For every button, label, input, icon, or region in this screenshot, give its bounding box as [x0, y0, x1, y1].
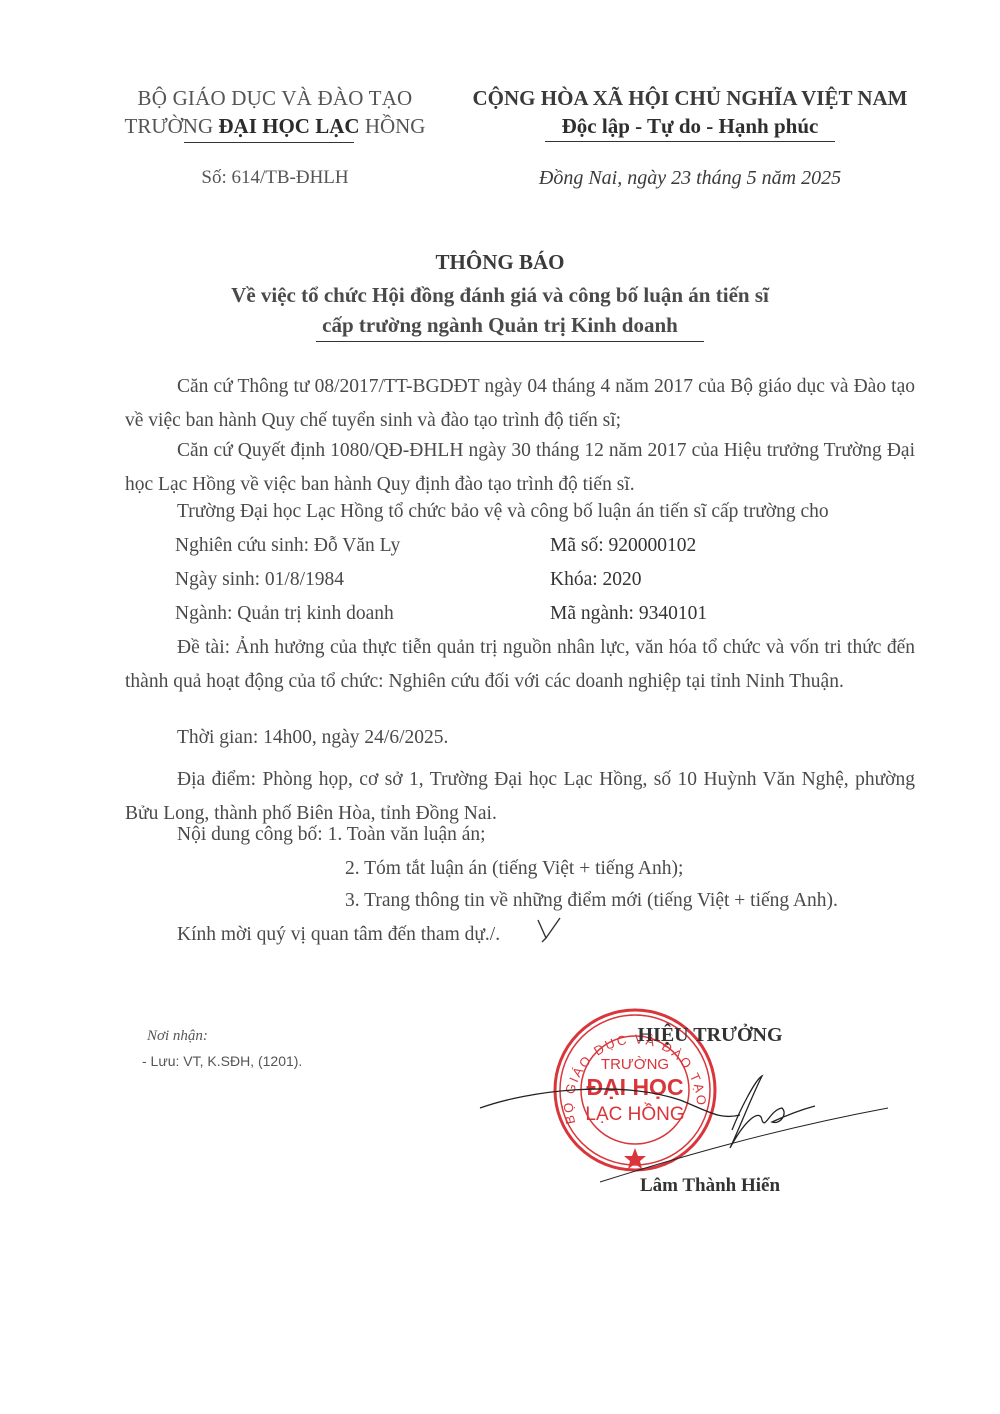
candidate-name: Nghiên cứu sinh: Đỗ Văn Ly	[175, 529, 550, 563]
place-date: Đồng Nai, ngày 23 tháng 5 năm 2025	[440, 167, 940, 190]
document-subtitle: Về việc tổ chức Hội đồng đánh giá và côn…	[100, 280, 900, 340]
motto-underline	[545, 141, 835, 142]
closing-invitation: Kính mời quý vị quan tâm đến tham dự./.	[125, 918, 915, 952]
student-id: Mã số: 920000102	[550, 529, 696, 563]
document-number: Số: 614/TB-ĐHLH	[100, 167, 450, 189]
candidate-row-2: Ngày sinh: 01/8/1984 Khóa: 2020	[175, 563, 915, 597]
legal-basis-2: Căn cứ Quyết định 1080/QĐ-ĐHLH ngày 30 t…	[125, 434, 915, 501]
legal-basis-1: Căn cứ Thông tư 08/2017/TT-BGDĐT ngày 04…	[125, 370, 915, 437]
issuer-block: BỘ GIÁO DỤC VÀ ĐÀO TẠO TRƯỜNG ĐẠI HỌC LẠ…	[100, 84, 450, 143]
candidate-row-1: Nghiên cứu sinh: Đỗ Văn Ly Mã số: 920000…	[175, 529, 915, 563]
country-name: CỘNG HÒA XÃ HỘI CHỦ NGHĨA VIỆT NAM	[440, 84, 940, 112]
recipients-list: - Lưu: VT, K.SĐH, (1201).	[142, 1053, 302, 1069]
major-code: Mã ngành: 9340101	[550, 597, 707, 631]
publication-content-label: Nội dung công bố: 1. Toàn văn luận án;	[125, 818, 915, 852]
defense-time: Thời gian: 14h00, ngày 24/6/2025.	[125, 721, 915, 755]
issuer-underline	[184, 142, 354, 143]
publication-item-2: 2. Tóm tắt luận án (tiếng Việt + tiếng A…	[345, 852, 683, 886]
thesis-topic: Đề tài: Ảnh hưởng của thực tiễn quản trị…	[125, 631, 915, 698]
candidate-row-3: Ngành: Quản trị kinh doanh Mã ngành: 934…	[175, 597, 915, 631]
publication-item-3: 3. Trang thông tin về những điểm mới (ti…	[345, 884, 838, 918]
signer-title: HIỆU TRƯỞNG	[610, 1024, 810, 1047]
signature-icon	[470, 1070, 890, 1190]
major: Ngành: Quản trị kinh doanh	[175, 597, 550, 631]
cohort: Khóa: 2020	[550, 563, 642, 597]
document-title: THÔNG BÁO	[100, 246, 900, 278]
ministry-name: BỘ GIÁO DỤC VÀ ĐÀO TẠO	[100, 84, 450, 112]
national-motto: Độc lập - Tự do - Hạnh phúc	[440, 112, 940, 140]
initial-mark-icon	[534, 916, 564, 944]
title-underline	[316, 341, 704, 342]
intro-paragraph: Trường Đại học Lạc Hồng tổ chức bảo vệ v…	[125, 495, 915, 529]
recipients-label: Nơi nhận:	[147, 1028, 208, 1045]
signer-name: Lâm Thành Hiển	[610, 1175, 810, 1197]
date-of-birth: Ngày sinh: 01/8/1984	[175, 563, 550, 597]
national-header: CỘNG HÒA XÃ HỘI CHỦ NGHĨA VIỆT NAM Độc l…	[440, 84, 940, 142]
school-name: TRƯỜNG ĐẠI HỌC LẠC HỒNG	[100, 112, 450, 140]
